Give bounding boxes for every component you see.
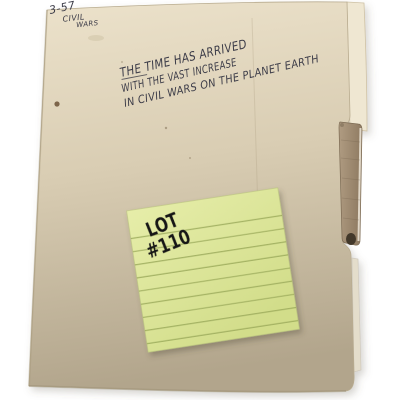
stain-smudge	[88, 35, 104, 41]
tab-worn-corner	[340, 123, 344, 127]
tab-dark-spot	[346, 233, 356, 245]
stain-speck	[165, 127, 167, 129]
stain-speck	[121, 61, 123, 63]
folder-tab	[339, 122, 362, 245]
sticky-note: LOT #110	[127, 188, 300, 352]
stain-dot-large	[54, 101, 59, 106]
photo-stage: 3-57 CIVIL WARS THE TIME HAS ARRIVED WIT…	[0, 0, 400, 400]
stain-speck	[189, 157, 191, 159]
folder-photo: 3-57 CIVIL WARS THE TIME HAS ARRIVED WIT…	[0, 0, 400, 400]
